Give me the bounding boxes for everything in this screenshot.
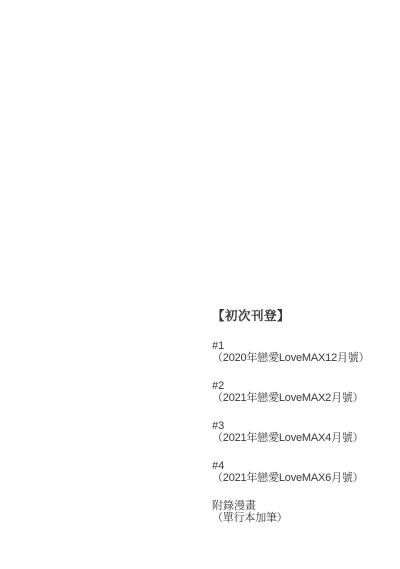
credit-entry: 附錄漫畫 （單行本加筆） xyxy=(212,500,392,524)
chapter-number: #3 xyxy=(212,420,392,432)
publication-source: （2021年戀愛LoveMAX4月號） xyxy=(212,432,392,444)
publication-source: （2021年戀愛LoveMAX2月號） xyxy=(212,392,392,404)
first-publication-credits: 【初次刊登】 #1 （2020年戀愛LoveMAX12月號） #2 （2021年… xyxy=(212,306,392,540)
chapter-number: #4 xyxy=(212,460,392,472)
book-page: 【初次刊登】 #1 （2020年戀愛LoveMAX12月號） #2 （2021年… xyxy=(0,0,400,569)
publication-source: （單行本加筆） xyxy=(212,512,392,524)
bonus-manga-label: 附錄漫畫 xyxy=(212,500,392,512)
credits-title: 【初次刊登】 xyxy=(212,306,392,324)
publication-source: （2021年戀愛LoveMAX6月號） xyxy=(212,472,392,484)
chapter-number: #2 xyxy=(212,380,392,392)
publication-source: （2020年戀愛LoveMAX12月號） xyxy=(212,352,392,364)
chapter-number: #1 xyxy=(212,340,392,352)
credit-entry: #1 （2020年戀愛LoveMAX12月號） xyxy=(212,340,392,364)
credit-entry: #3 （2021年戀愛LoveMAX4月號） xyxy=(212,420,392,444)
credit-entry: #4 （2021年戀愛LoveMAX6月號） xyxy=(212,460,392,484)
credit-entry: #2 （2021年戀愛LoveMAX2月號） xyxy=(212,380,392,404)
